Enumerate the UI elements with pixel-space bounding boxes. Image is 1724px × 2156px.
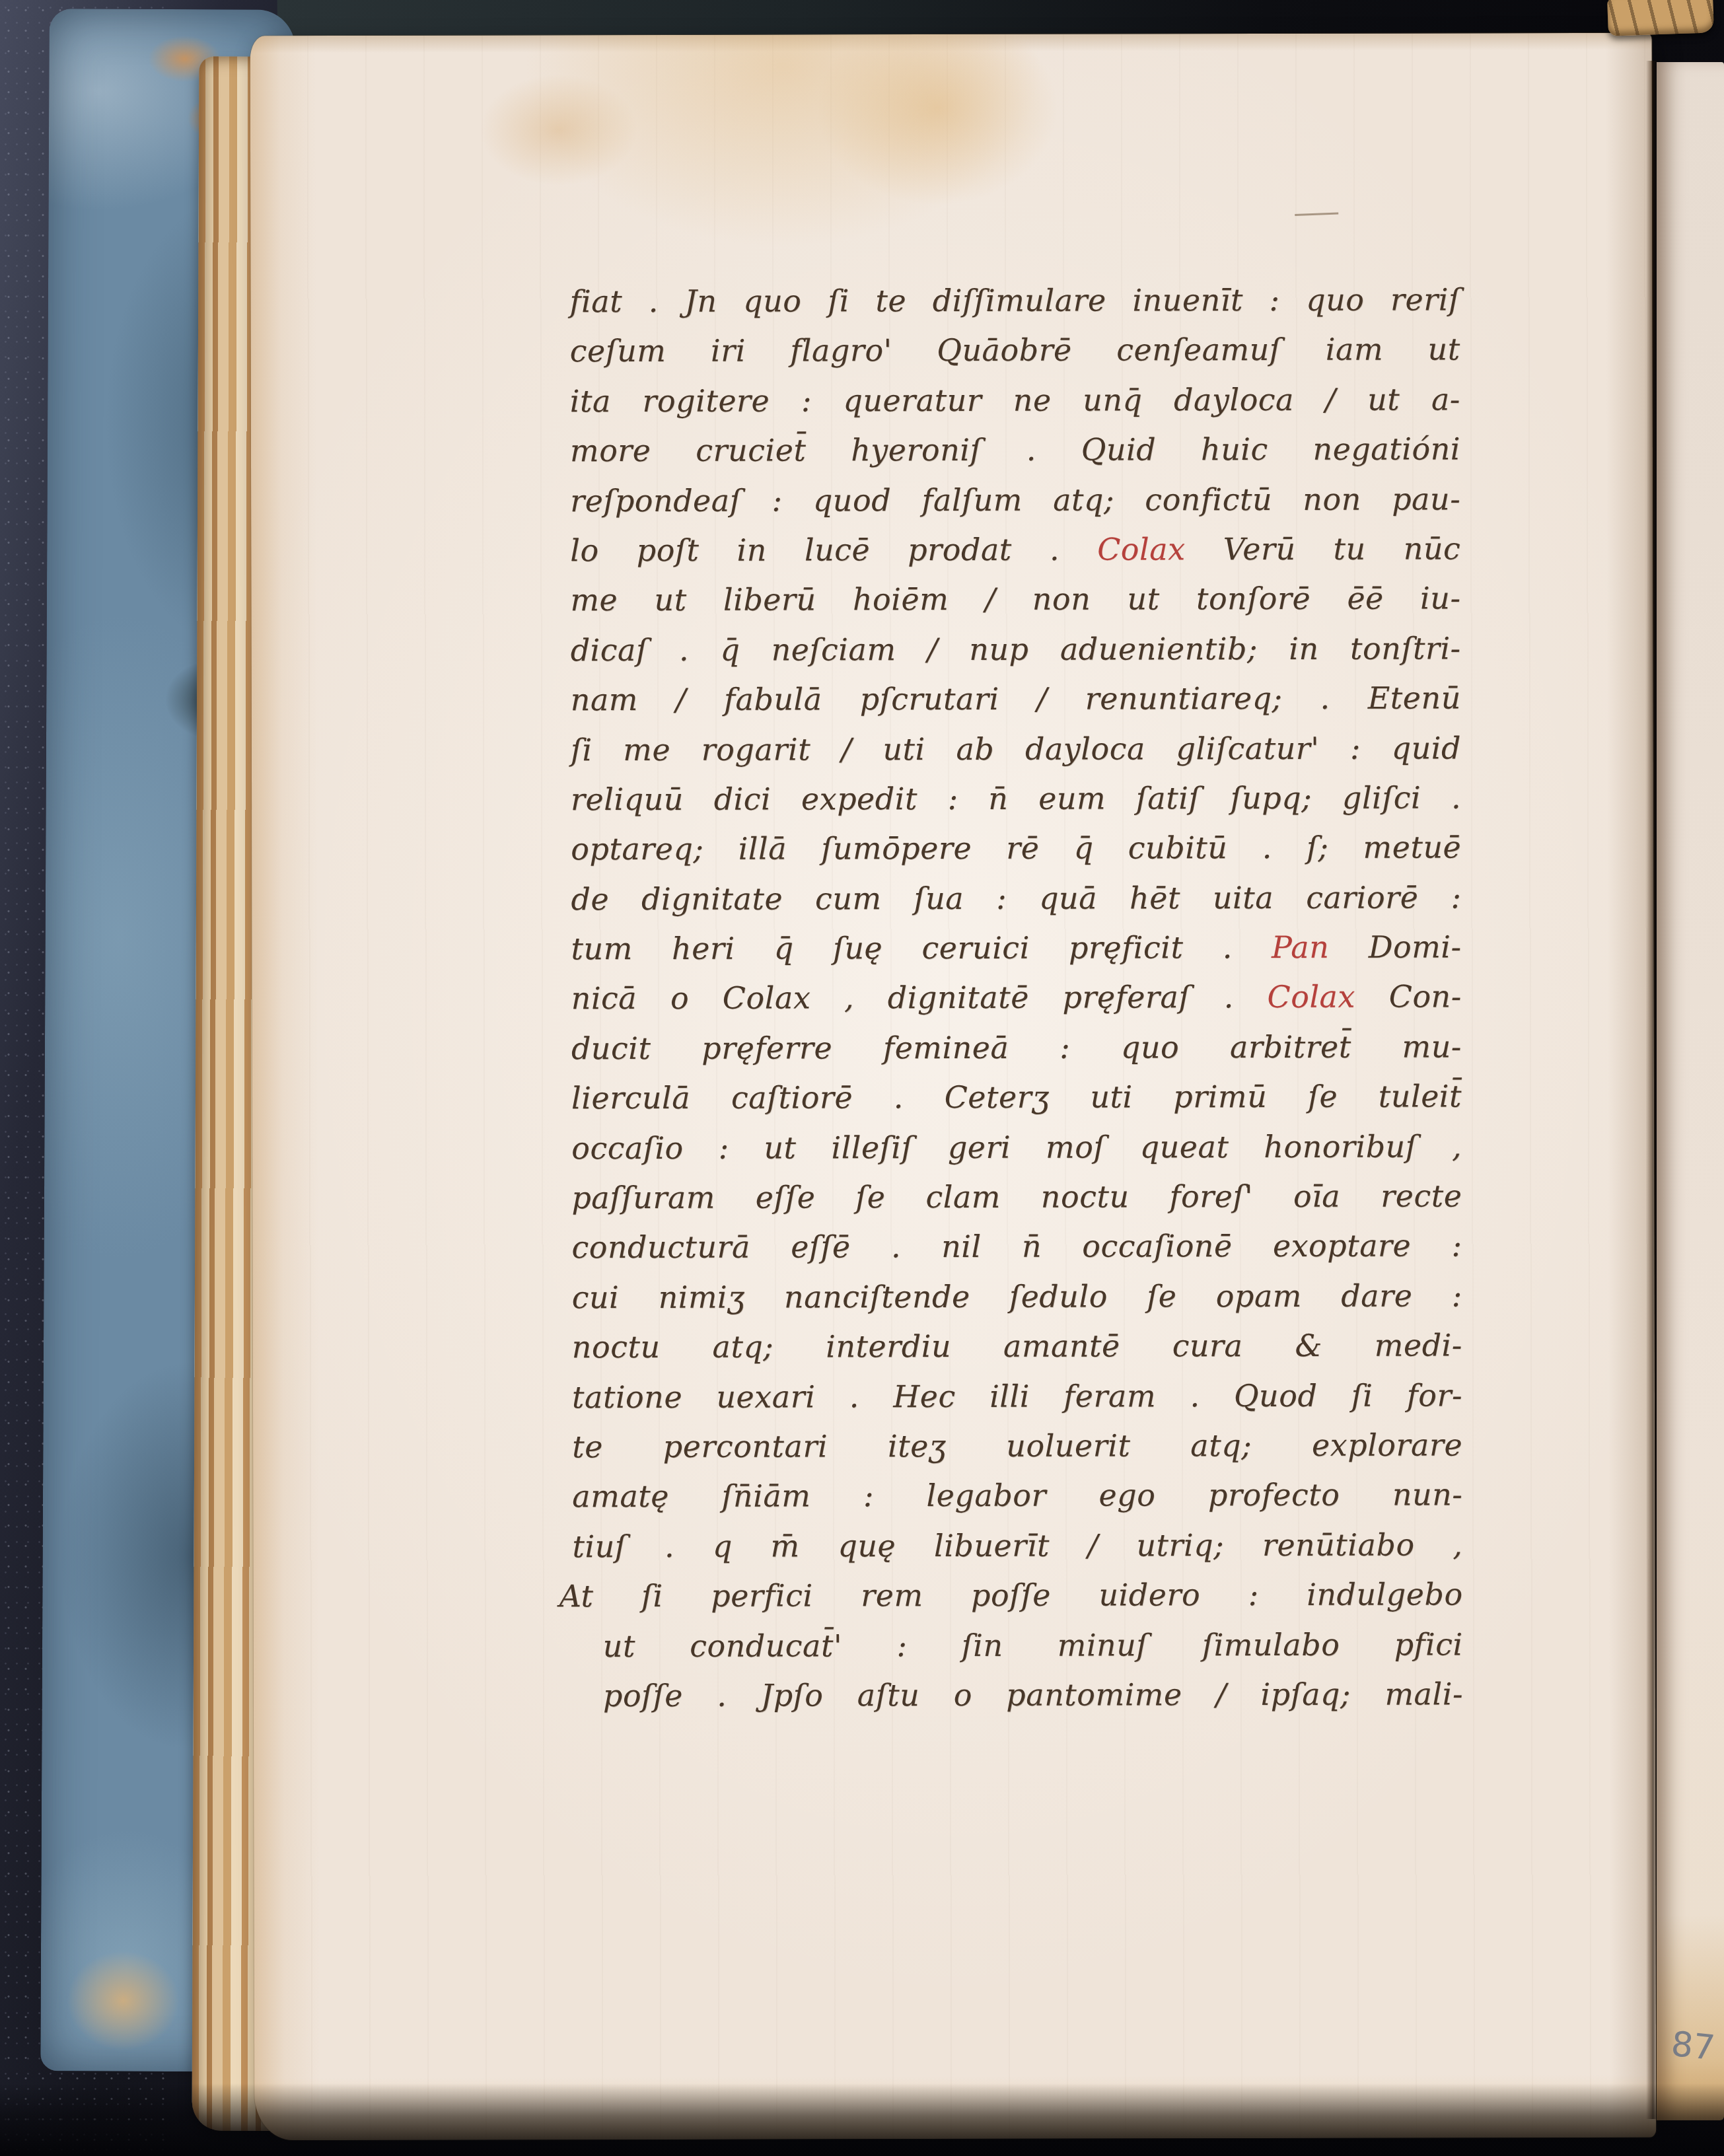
text-block: fiat . Jn quo ſi te diſſimulare inuenīt … bbox=[569, 275, 1463, 1721]
manuscript-line: noctu atq; interdiu amantē cura & medi- bbox=[572, 1321, 1462, 1373]
line-text: cui nimiʒ nanciſtende ſedulo ſe opam dar… bbox=[572, 1277, 1462, 1315]
manuscript-line: ſi me rogarit / uti ab dayloca gliſcatur… bbox=[571, 723, 1461, 775]
line-text: poſſe . Jpſo aſtu o pantomime / ipſaq; m… bbox=[603, 1676, 1463, 1713]
line-text: Con- bbox=[1355, 979, 1462, 1015]
speaker-rubric: Colax bbox=[1097, 531, 1186, 567]
manuscript-line: more cruciet̄ hyeroniſ . Quid huic negat… bbox=[570, 425, 1460, 476]
manuscript-line: poſſe . Jpſo aſtu o pantomime / ipſaq; m… bbox=[573, 1669, 1463, 1721]
manuscript-line: nicā o Colax , dignitatē pręferaſ . Cola… bbox=[571, 972, 1462, 1024]
line-text: lierculā caſtiorē . Ceterʒ uti primū ſe … bbox=[571, 1079, 1462, 1116]
line-text: optareq; illā ſumōpere rē q̄ cubitū . ſ;… bbox=[571, 830, 1461, 867]
line-text: lo poſt in lucē prodat . bbox=[570, 531, 1097, 568]
line-text: conducturā eſſē . nil n̄ occaſionē exopt… bbox=[571, 1228, 1462, 1266]
manuscript-line: reſpondeaſ : quod falſum atq; confictū n… bbox=[570, 474, 1460, 526]
manuscript-line: de dignitate cum ſua : quā hēt uita cari… bbox=[571, 873, 1461, 924]
endband bbox=[1607, 0, 1714, 36]
line-text: tatione uexari . Hec illi feram . Quod ſ… bbox=[572, 1377, 1462, 1415]
line-text: more cruciet̄ hyeroniſ . Quid huic negat… bbox=[570, 431, 1460, 469]
line-text: fiat . Jn quo ſi te diſſimulare inuenīt … bbox=[569, 281, 1460, 319]
manuscript-line: amatę ſn̄iām : legabor ego profecto nun- bbox=[572, 1470, 1462, 1522]
manuscript-page: fiat . Jn quo ſi te diſſimulare inuenīt … bbox=[250, 33, 1657, 2140]
line-text: occaſio : ut illeſiſ geri moſ queat hono… bbox=[571, 1128, 1462, 1166]
manuscript-line: ceſum iri flagro' Quāobrē cenſeamuſ iam … bbox=[570, 325, 1460, 377]
line-text: dicaſ . q̄ neſciam / nup aduenientib; in… bbox=[571, 630, 1461, 668]
line-text: Verū tu nūc bbox=[1186, 530, 1461, 567]
line-text: amatę ſn̄iām : legabor ego profecto nun- bbox=[572, 1477, 1462, 1515]
line-text: nicā o Colax , dignitatē pręferaſ . bbox=[571, 979, 1268, 1016]
manuscript-line: conducturā eſſē . nil n̄ occaſionē exopt… bbox=[571, 1221, 1462, 1273]
speaker-rubric: Colax bbox=[1267, 979, 1355, 1015]
manuscript-line: tiuſ . q m̄ quę libuerīt / utriq; renūti… bbox=[572, 1520, 1462, 1571]
cover-wear-spot bbox=[67, 1951, 180, 2050]
manuscript-line: reliquū dici expedit : n̄ eum ſatiſ ſupq… bbox=[571, 773, 1461, 824]
bottom-shadow bbox=[0, 2083, 1724, 2156]
folio-number: 87 bbox=[1669, 2027, 1716, 2066]
line-text: de dignitate cum ſua : quā hēt uita cari… bbox=[571, 879, 1461, 917]
next-page-edge: 87 bbox=[1657, 62, 1724, 2120]
manuscript-line: tum heri q̄ ſuę ceruici pręficit . Pan D… bbox=[571, 922, 1461, 974]
line-text: nam / fabulā pſcrutari / renuntiareq; . … bbox=[571, 680, 1461, 718]
line-text: noctu atq; interdiu amantē cura & medi- bbox=[572, 1328, 1462, 1365]
line-text: reliquū dici expedit : n̄ eum ſatiſ ſupq… bbox=[571, 779, 1461, 817]
line-text: me ut liberū hoiēm / non ut tonſorē ēē i… bbox=[570, 581, 1460, 618]
manuscript-line: dicaſ . q̄ neſciam / nup aduenientib; in… bbox=[571, 624, 1461, 675]
line-text: tiuſ . q m̄ quę libuerīt / utriq; renūti… bbox=[572, 1527, 1462, 1564]
manuscript-photo-scene: fiat . Jn quo ſi te diſſimulare inuenīt … bbox=[0, 0, 1724, 2156]
speaker-rubric: Pan bbox=[1272, 929, 1330, 965]
line-text: Domi- bbox=[1329, 929, 1461, 964]
manuscript-line: At ſi perfici rem poſſe uidero : indulge… bbox=[559, 1570, 1463, 1622]
line-text: reſpondeaſ : quod falſum atq; confictū n… bbox=[570, 481, 1460, 519]
line-text: ducit pręferre femineā : quo arbitret̄ m… bbox=[571, 1028, 1462, 1066]
manuscript-line: ut conducat̄' : ſin minuſ ſimulabo pfici bbox=[573, 1620, 1463, 1671]
manuscript-line: me ut liberū hoiēm / non ut tonſorē ēē i… bbox=[570, 574, 1460, 626]
line-text: paſſuram eſſe ſe clam noctu foreſ' oīa r… bbox=[571, 1178, 1462, 1215]
manuscript-line: lierculā caſtiorē . Ceterʒ uti primū ſe … bbox=[571, 1072, 1462, 1124]
line-text: ita rogitere : queratur ne unq̄ dayloca … bbox=[570, 381, 1460, 419]
manuscript-line: fiat . Jn quo ſi te diſſimulare inuenīt … bbox=[569, 275, 1460, 326]
line-text: te percontari iteʒ uoluerit atq; explora… bbox=[572, 1427, 1462, 1464]
line-text: At ſi perfici rem poſſe uidero : indulge… bbox=[559, 1577, 1463, 1614]
manuscript-line: paſſuram eſſe ſe clam noctu foreſ' oīa r… bbox=[571, 1171, 1462, 1223]
manuscript-line: lo poſt in lucē prodat . Colax Verū tu n… bbox=[570, 524, 1460, 575]
manuscript-line: tatione uexari . Hec illi feram . Quod ſ… bbox=[572, 1371, 1462, 1422]
line-text: tum heri q̄ ſuę ceruici pręficit . bbox=[571, 929, 1272, 966]
manuscript-line: nam / fabulā pſcrutari / renuntiareq; . … bbox=[571, 674, 1461, 725]
line-text: ut conducat̄' : ſin minuſ ſimulabo pfici bbox=[603, 1626, 1463, 1664]
manuscript-line: te percontari iteʒ uoluerit atq; explora… bbox=[572, 1420, 1462, 1472]
manuscript-line: optareq; illā ſumōpere rē q̄ cubitū . ſ;… bbox=[571, 823, 1461, 875]
margin-pen-dash bbox=[1295, 213, 1338, 216]
line-text: ceſum iri flagro' Quāobrē cenſeamuſ iam … bbox=[570, 332, 1460, 369]
manuscript-line: cui nimiʒ nanciſtende ſedulo ſe opam dar… bbox=[572, 1271, 1462, 1322]
line-text: ſi me rogarit / uti ab dayloca gliſcatur… bbox=[571, 730, 1461, 768]
manuscript-line: occaſio : ut illeſiſ geri moſ queat hono… bbox=[571, 1122, 1462, 1173]
manuscript-line: ducit pręferre femineā : quo arbitret̄ m… bbox=[571, 1022, 1462, 1073]
manuscript-line: ita rogitere : queratur ne unq̄ dayloca … bbox=[570, 375, 1460, 426]
